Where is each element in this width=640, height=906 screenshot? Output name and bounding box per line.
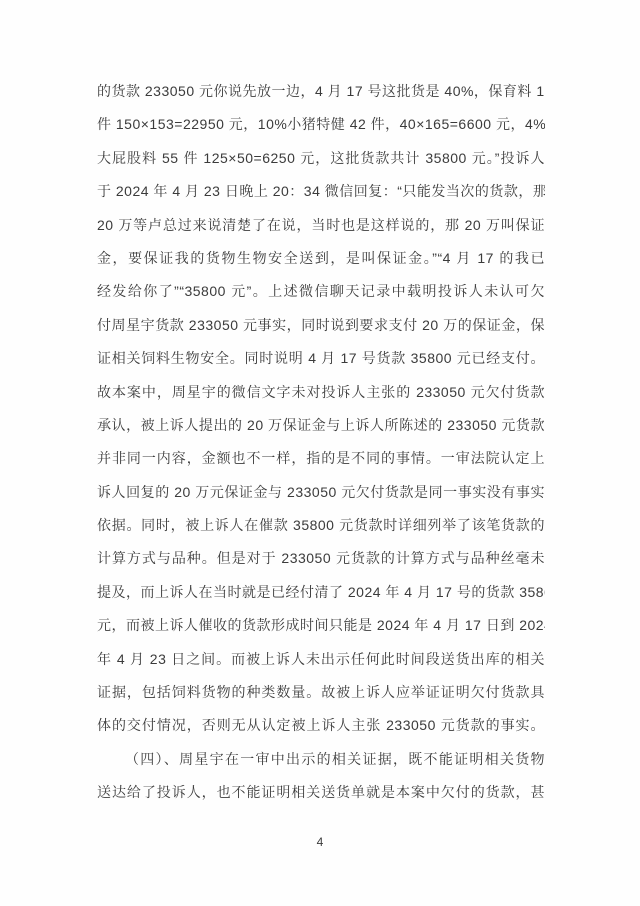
text-line: 故本案中，周星宇的微信文字未对投诉人主张的 233050 元欠付货款 (97, 376, 545, 409)
document-body: 的货款 233050 元你说先放一边，4 月 17 号这批货是 40%，保育料 … (97, 75, 545, 810)
text-line: 承认，被上诉人提出的 20 万保证金与上诉人所陈述的 233050 元货款 (97, 409, 545, 442)
page-number: 4 (0, 835, 640, 849)
text-line: 20 万等卢总过来说清楚了在说，当时也是这样说的，那 20 万叫保证 (97, 209, 545, 242)
text-line: 证据，包括饲料货物的种类数量。故被上诉人应举证证明欠付货款具 (97, 676, 545, 709)
text-line: 件 150×153=22950 元，10%小猪特健 42 件，40×165=66… (97, 108, 545, 141)
document-page: 的货款 233050 元你说先放一边，4 月 17 号这批货是 40%，保育料 … (0, 0, 640, 906)
text-line: 付周星宇货款 233050 元事实，同时说到要求支付 20 万的保证金，保 (97, 309, 545, 342)
text-line: 的货款 233050 元你说先放一边，4 月 17 号这批货是 40%，保育料 … (97, 75, 545, 108)
text-line: 经发给你了”“35800 元”。上述微信聊天记录中载明投诉人未认可欠 (97, 275, 545, 308)
text-line: 计算方式与品种。但是对于 233050 元货款的计算方式与品种丝毫未 (97, 542, 545, 575)
text-line: 体的交付情况，否则无从认定被上诉人主张 233050 元货款的事实。 (97, 709, 545, 742)
text-line: 提及，而上诉人在当时就是已经付清了 2024 年 4 月 17 号的货款 358… (97, 576, 545, 609)
text-line: 大屁股料 55 件 125×50=6250 元，这批货款共计 35800 元。”… (97, 142, 545, 175)
text-line: 年 4 月 23 日之间。而被上诉人未出示任何此时间段送货出库的相关 (97, 643, 545, 676)
text-line: 证相关饲料生物安全。同时说明 4 月 17 号货款 35800 元已经支付。 (97, 342, 545, 375)
text-line: （四）、周星宇在一审中出示的相关证据，既不能证明相关货物 (97, 743, 545, 776)
text-line: 元，而被上诉人催收的货款形成时间只能是 2024 年 4 月 17 日到 202… (97, 609, 545, 642)
text-line: 送达给了投诉人，也不能证明相关送货单就是本案中欠付的货款，甚 (97, 776, 545, 809)
text-line: 于 2024 年 4 月 23 日晚上 20：34 微信回复：“只能发当次的货款… (97, 175, 545, 208)
text-line: 并非同一内容，金额也不一样，指的是不同的事情。一审法院认定上 (97, 442, 545, 475)
text-line: 依据。同时，被上诉人在催款 35800 元货款时详细列举了该笔货款的 (97, 509, 545, 542)
text-line: 金，要保证我的货物生物安全送到，是叫保证金。”“4 月 17 的我已 (97, 242, 545, 275)
text-line: 诉人回复的 20 万元保证金与 233050 元欠付货款是同一事实没有事实 (97, 476, 545, 509)
